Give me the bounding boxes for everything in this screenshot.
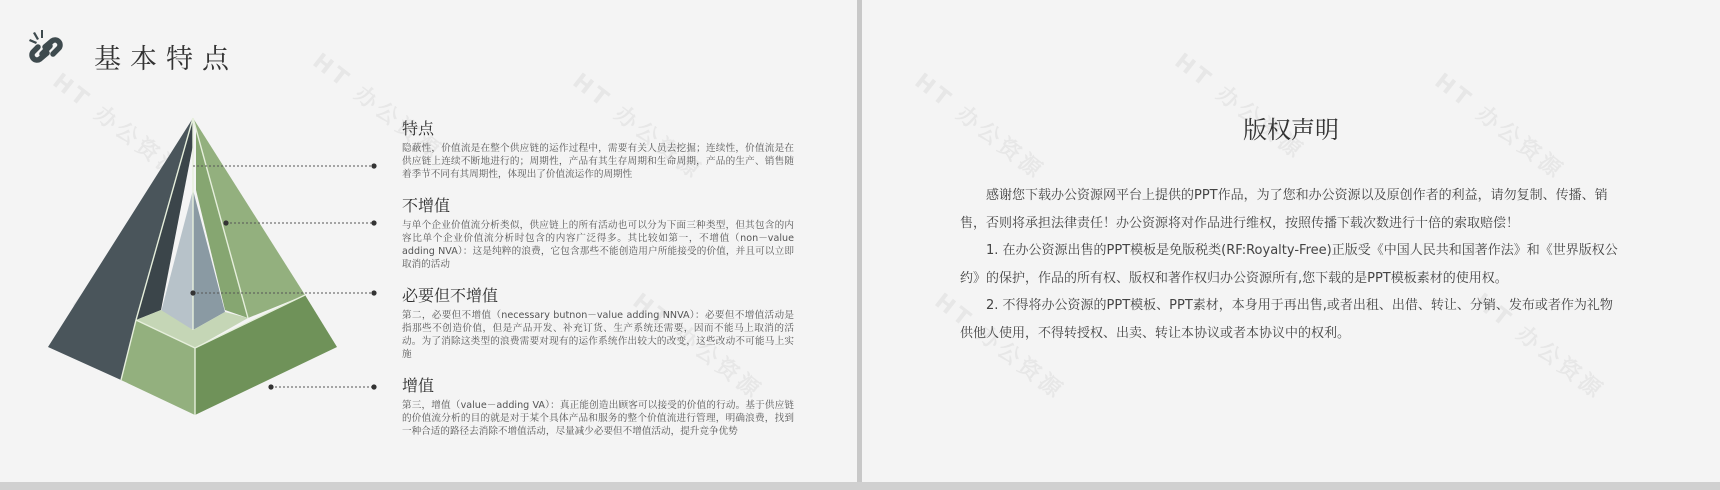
feature-block-non-value-adding: 不增值 与单个企业价值流分析类似，供应链上的所有活动也可以分为下面三种类型，但其… bbox=[402, 193, 794, 271]
block-body: 隐蔽性，价值流是在整个供应链的运作过程中，需要有关人员去挖掘；连续性，价值流是在… bbox=[402, 142, 794, 181]
block-body: 第三，增值（value－adding VA）：真正能创造出顾客可以接受的价值的行… bbox=[402, 399, 794, 438]
block-body: 第二，必要但不增值（necessary butnon－value adding … bbox=[402, 309, 794, 361]
connector-dot bbox=[371, 163, 376, 168]
block-heading: 特点 bbox=[402, 116, 794, 139]
slide-copyright-notice[interactable]: HT 办公资源 HT 办公资源 HT 办公资源 HT 办公资源 HT 办公资源 … bbox=[862, 0, 1720, 482]
feature-block-value-adding: 增值 第三，增值（value－adding VA）：真正能创造出顾客可以接受的价… bbox=[402, 373, 794, 438]
connector-dot bbox=[371, 384, 376, 389]
slide-basic-features[interactable]: HT 办公资源 HT 办公资源 HT 办公资源 HT 办公资源 HT 办公资源 … bbox=[0, 0, 857, 482]
block-heading: 不增值 bbox=[402, 193, 794, 216]
block-body: 与单个企业价值流分析类似，供应链上的所有活动也可以分为下面三种类型，但其包含的内… bbox=[402, 219, 794, 271]
bottom-strip bbox=[0, 482, 1720, 490]
watermark: HT 办公资源 bbox=[1169, 45, 1312, 166]
feature-block-characteristics: 特点 隐蔽性，价值流是在整个供应链的运作过程中，需要有关人员去挖掘；连续性，价值… bbox=[402, 116, 794, 181]
block-heading: 必要但不增值 bbox=[402, 283, 794, 306]
copyright-body: 感谢您下载办公资源网平台上提供的PPT作品，为了您和办公资源以及原创作者的利益，… bbox=[960, 182, 1620, 347]
copyright-title: 版权声明 bbox=[862, 110, 1720, 145]
copyright-paragraph: 1. 在办公资源出售的PPT模板是免版税类(RF:Royalty-Free)正版… bbox=[960, 237, 1620, 292]
feature-block-necessary-non-value: 必要但不增值 第二，必要但不增值（necessary butnon－value … bbox=[402, 283, 794, 361]
block-heading: 增值 bbox=[402, 373, 794, 396]
copyright-paragraph: 感谢您下载办公资源网平台上提供的PPT作品，为了您和办公资源以及原创作者的利益，… bbox=[960, 182, 1620, 237]
connector-dot bbox=[371, 290, 376, 295]
value-stream-pyramid-diagram bbox=[0, 0, 420, 470]
copyright-paragraph: 2. 不得将办公资源的PPT模板、PPT素材，本身用于再出售,或者出租、出借、转… bbox=[960, 292, 1620, 347]
connector-dot bbox=[371, 220, 376, 225]
